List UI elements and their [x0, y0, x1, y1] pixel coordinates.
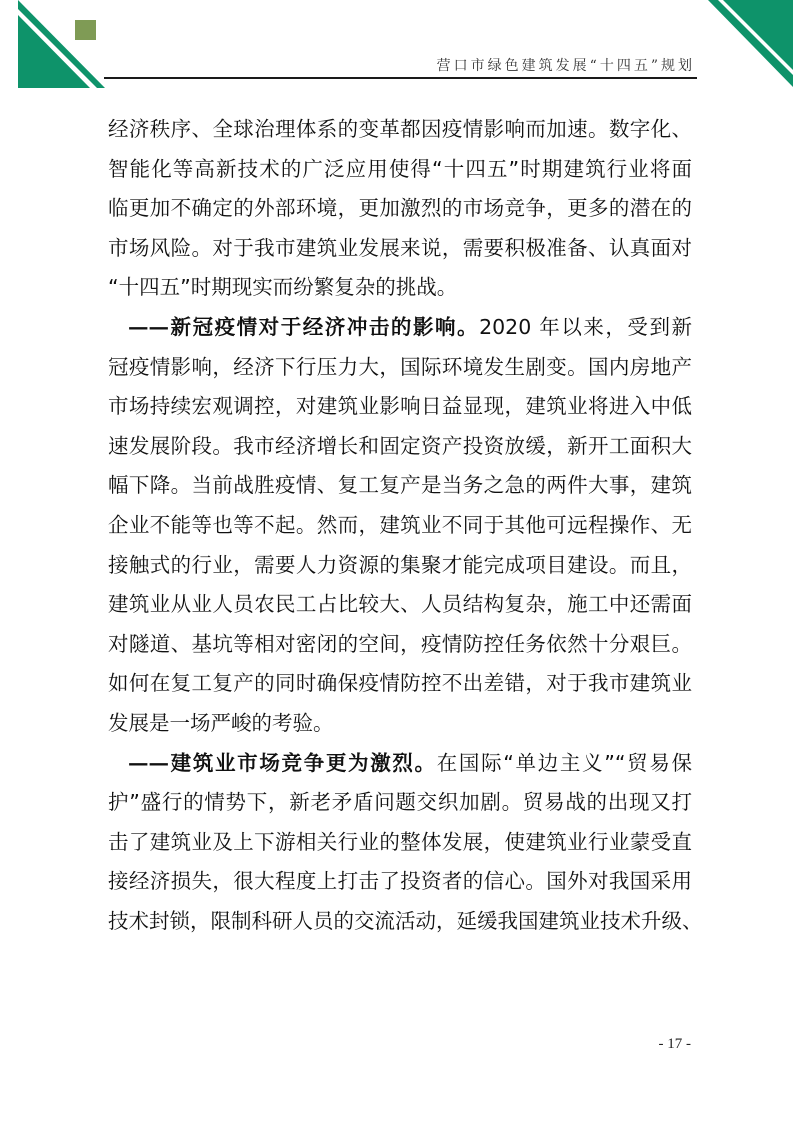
- text-line: 接触式的行业，需要人力资源的集聚才能完成项目建设。而且，: [108, 546, 692, 586]
- text-line: 经济秩序、全球治理体系的变革都因疫情影响而加速。数字化、: [108, 110, 692, 150]
- text-line: 接经济损失，很大程度上打击了投资者的信心。国外对我国采用: [108, 862, 692, 902]
- paragraph-2: ——新冠疫情对于经济冲击的影响。2020 年以来，受到新 冠疫情影响，经济下行压…: [108, 308, 692, 744]
- text-line: 市场持续宏观调控，对建筑业影响日益显现，建筑业将进入中低: [108, 387, 692, 427]
- corner-decoration-left: [0, 0, 120, 95]
- text-line: 幅下降。当前战胜疫情、复工复产是当务之急的两件大事，建筑: [108, 466, 692, 506]
- text-line: 市场风险。对于我市建筑业发展来说，需要积极准备、认真面对: [108, 229, 692, 269]
- corner-decoration-right: [693, 0, 793, 95]
- text-line: 临更加不确定的外部环境，更加激烈的市场竞争，更多的潜在的: [108, 189, 692, 229]
- header-title: 营口市绿色建筑发展“十四五”规划: [437, 55, 695, 75]
- section-lead-covid: ——新冠疫情对于经济冲击的影响。: [128, 315, 479, 339]
- text-line: 发展是一场严峻的考验。: [108, 704, 692, 744]
- text-run: 在国际“单边主义”“贸易保: [437, 751, 692, 775]
- text-line: 技术封锁，限制科研人员的交流活动，延缓我国建筑业技术升级、: [108, 902, 692, 942]
- green-square-icon: [75, 20, 96, 40]
- text-line: 如何在复工复产的同时确保疫情防控不出差错，对于我市建筑业: [108, 664, 692, 704]
- text-line: 智能化等高新技术的广泛应用使得“十四五”时期建筑行业将面: [108, 150, 692, 190]
- paragraph-3: ——建筑业市场竞争更为激烈。在国际“单边主义”“贸易保 护”盛行的情势下，新老矛…: [108, 744, 692, 942]
- text-line: 企业不能等也等不起。然而，建筑业不同于其他可远程操作、无: [108, 506, 692, 546]
- text-line: ——建筑业市场竞争更为激烈。在国际“单边主义”“贸易保: [108, 744, 692, 784]
- text-line: “十四五”时期现实而纷繁复杂的挑战。: [108, 268, 692, 308]
- text-line: 速发展阶段。我市经济增长和固定资产投资放缓，新开工面积大: [108, 427, 692, 467]
- header-divider: [104, 77, 697, 79]
- section-lead-competition: ——建筑业市场竞争更为激烈。: [128, 751, 437, 775]
- paragraph-1: 经济秩序、全球治理体系的变革都因疫情影响而加速。数字化、 智能化等高新技术的广泛…: [108, 110, 692, 308]
- text-line: 对隧道、基坑等相对密闭的空间，疫情防控任务依然十分艰巨。: [108, 625, 692, 665]
- document-body: 经济秩序、全球治理体系的变革都因疫情影响而加速。数字化、 智能化等高新技术的广泛…: [108, 110, 692, 941]
- text-run: 2020 年以来，受到新: [479, 315, 692, 339]
- page-number: - 17 -: [0, 1036, 793, 1053]
- text-line: 击了建筑业及上下游相关行业的整体发展，使建筑业行业蒙受直: [108, 823, 692, 863]
- text-line: 建筑业从业人员农民工占比较大、人员结构复杂，施工中还需面: [108, 585, 692, 625]
- text-line: 护”盛行的情势下，新老矛盾问题交织加剧。贸易战的出现又打: [108, 783, 692, 823]
- text-line: 冠疫情影响，经济下行压力大，国际环境发生剧变。国内房地产: [108, 348, 692, 388]
- text-line: ——新冠疫情对于经济冲击的影响。2020 年以来，受到新: [108, 308, 692, 348]
